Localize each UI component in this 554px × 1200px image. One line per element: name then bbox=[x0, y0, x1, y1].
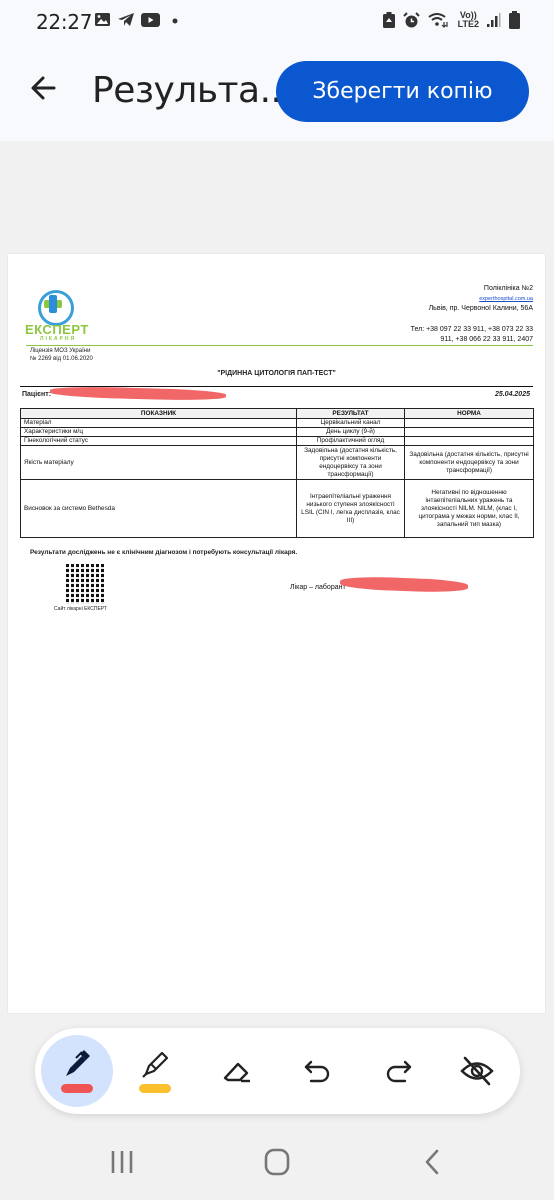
save-copy-button[interactable]: Зберегти копію bbox=[276, 61, 529, 122]
table-row: Висновок за системо Bethesda Інтраепітел… bbox=[21, 480, 534, 538]
undo-icon bbox=[301, 1054, 335, 1088]
cell-result: Задовільна (достатня кількість, присутні… bbox=[297, 446, 405, 480]
cell-result: Інтраепітеліальні ураження низького ступ… bbox=[297, 480, 405, 538]
qr-code-icon bbox=[66, 564, 106, 604]
network-label: Vo)) LTE2 bbox=[458, 11, 479, 29]
eraser-icon bbox=[220, 1054, 254, 1088]
recents-icon bbox=[110, 1149, 134, 1175]
cell-result: Профілактичний огляд bbox=[297, 437, 405, 446]
clinic-address-block: Поліклініка №2 experthospital.com.ua Льв… bbox=[429, 284, 533, 314]
status-bar: 22:27 Vo)) LTE2 bbox=[0, 0, 554, 44]
cell-norm bbox=[405, 437, 534, 446]
cell-result: Цервікальний канал bbox=[297, 419, 405, 428]
back-icon bbox=[422, 1148, 442, 1176]
logo-cross-vertical bbox=[49, 295, 57, 313]
cell-indicator: Висновок за системо Bethesda bbox=[21, 480, 297, 538]
clinic-address: Львів, пр. Червоної Калини, 56А bbox=[429, 304, 533, 314]
battery-icon bbox=[509, 11, 520, 29]
status-icons: Vo)) LTE2 bbox=[383, 11, 520, 29]
redo-icon bbox=[381, 1054, 415, 1088]
table-row: Гінекологічний статус Профілактичний огл… bbox=[21, 437, 534, 446]
table-row: Матеріал Цервікальний канал bbox=[21, 419, 534, 428]
table-row: Якість матеріалу Задовільна (достатня кі… bbox=[21, 446, 534, 480]
document-page[interactable]: ЕКСПЕРТ ЛІКАРНЯ Ліцензія МОЗ України № 2… bbox=[8, 254, 545, 1013]
header-norm: НОРМА bbox=[405, 409, 534, 419]
cell-indicator: Якість матеріалу bbox=[21, 446, 297, 480]
pen-icon bbox=[60, 1048, 94, 1082]
home-button[interactable] bbox=[257, 1146, 297, 1178]
youtube-icon bbox=[141, 13, 160, 27]
patient-label: Пацієнт: bbox=[22, 391, 51, 398]
battery-saver-icon bbox=[383, 12, 395, 28]
cell-norm bbox=[405, 419, 534, 428]
highlighter-tool-button[interactable] bbox=[119, 1035, 191, 1107]
clinic-name: Поліклініка №2 bbox=[429, 284, 533, 294]
redo-button[interactable] bbox=[362, 1035, 434, 1107]
header-divider bbox=[26, 345, 533, 346]
pen-color-swatch bbox=[61, 1084, 93, 1093]
doctor-signature: Лікар – лаборант bbox=[290, 584, 346, 591]
qr-label: Сайт лікарні ЕКСПЕРТ bbox=[54, 606, 107, 612]
recents-button[interactable] bbox=[102, 1146, 142, 1178]
disclaimer: Результати досліджень не є клінічним діа… bbox=[30, 549, 297, 556]
brand-name: ЕКСПЕРТ bbox=[25, 322, 89, 337]
phone-line-2: 911, +38 066 22 33 911, 2407 bbox=[313, 335, 533, 345]
license-line-2: № 2269 від 01.06.2020 bbox=[30, 355, 93, 363]
cell-indicator: Гінекологічний статус bbox=[21, 437, 297, 446]
cell-norm: Задовільна (достатня кількість, присутні… bbox=[405, 446, 534, 480]
license-info: Ліцензія МОЗ України № 2269 від 01.06.20… bbox=[30, 347, 93, 363]
wifi-icon bbox=[428, 12, 450, 28]
alarm-icon bbox=[403, 12, 420, 29]
highlighter-color-swatch bbox=[139, 1084, 171, 1093]
undo-button[interactable] bbox=[282, 1035, 354, 1107]
header-result: РЕЗУЛЬТАТ bbox=[297, 409, 405, 419]
pen-tool-button[interactable] bbox=[41, 1035, 113, 1107]
table-row: Характеристики м/ц День циклу (9-й) bbox=[21, 428, 534, 437]
phone-line-1: Тел: +38 097 22 33 911, +38 073 22 33 bbox=[313, 325, 533, 335]
cell-result: День циклу (9-й) bbox=[297, 428, 405, 437]
cell-norm: Негативні по відношенню інтаепітеліальни… bbox=[405, 480, 534, 538]
dot-icon bbox=[172, 18, 178, 24]
cell-indicator: Матеріал bbox=[21, 419, 297, 428]
clinic-phones: Тел: +38 097 22 33 911, +38 073 22 33 91… bbox=[313, 325, 533, 345]
header-indicator: ПОКАЗНИК bbox=[21, 409, 297, 419]
highlighter-icon bbox=[138, 1048, 172, 1082]
document-title: "РІДИННА ЦИТОЛОГІЯ ПАП-ТЕСТ" bbox=[8, 370, 545, 377]
cell-norm bbox=[405, 428, 534, 437]
clinic-website-link[interactable]: experthospital.com.ua bbox=[429, 294, 533, 304]
page-title: Результа... bbox=[92, 70, 292, 111]
gallery-icon bbox=[94, 12, 111, 27]
brand-subtitle: ЛІКАРНЯ bbox=[40, 336, 76, 342]
hide-annotations-button[interactable] bbox=[441, 1035, 513, 1107]
nav-back-button[interactable] bbox=[412, 1146, 452, 1178]
annotation-toolbar bbox=[35, 1028, 520, 1114]
system-nav-bar bbox=[0, 1130, 554, 1200]
signal-icon bbox=[487, 12, 501, 28]
eye-off-icon bbox=[459, 1054, 495, 1088]
report-date: 25.04.2025 bbox=[495, 391, 530, 398]
back-arrow-icon[interactable] bbox=[28, 72, 60, 104]
home-icon bbox=[264, 1148, 290, 1176]
results-table: ПОКАЗНИК РЕЗУЛЬТАТ НОРМА Матеріал Цервік… bbox=[20, 408, 534, 538]
cell-indicator: Характеристики м/ц bbox=[21, 428, 297, 437]
redaction-mark bbox=[50, 386, 226, 402]
table-header-row: ПОКАЗНИК РЕЗУЛЬТАТ НОРМА bbox=[21, 409, 534, 419]
license-line-1: Ліцензія МОЗ України bbox=[30, 347, 93, 355]
app-bar: Результа... Зберегти копію bbox=[0, 44, 554, 141]
telegram-icon bbox=[117, 12, 135, 27]
redaction-mark bbox=[340, 576, 468, 593]
status-time: 22:27 bbox=[36, 10, 92, 34]
eraser-tool-button[interactable] bbox=[201, 1035, 273, 1107]
